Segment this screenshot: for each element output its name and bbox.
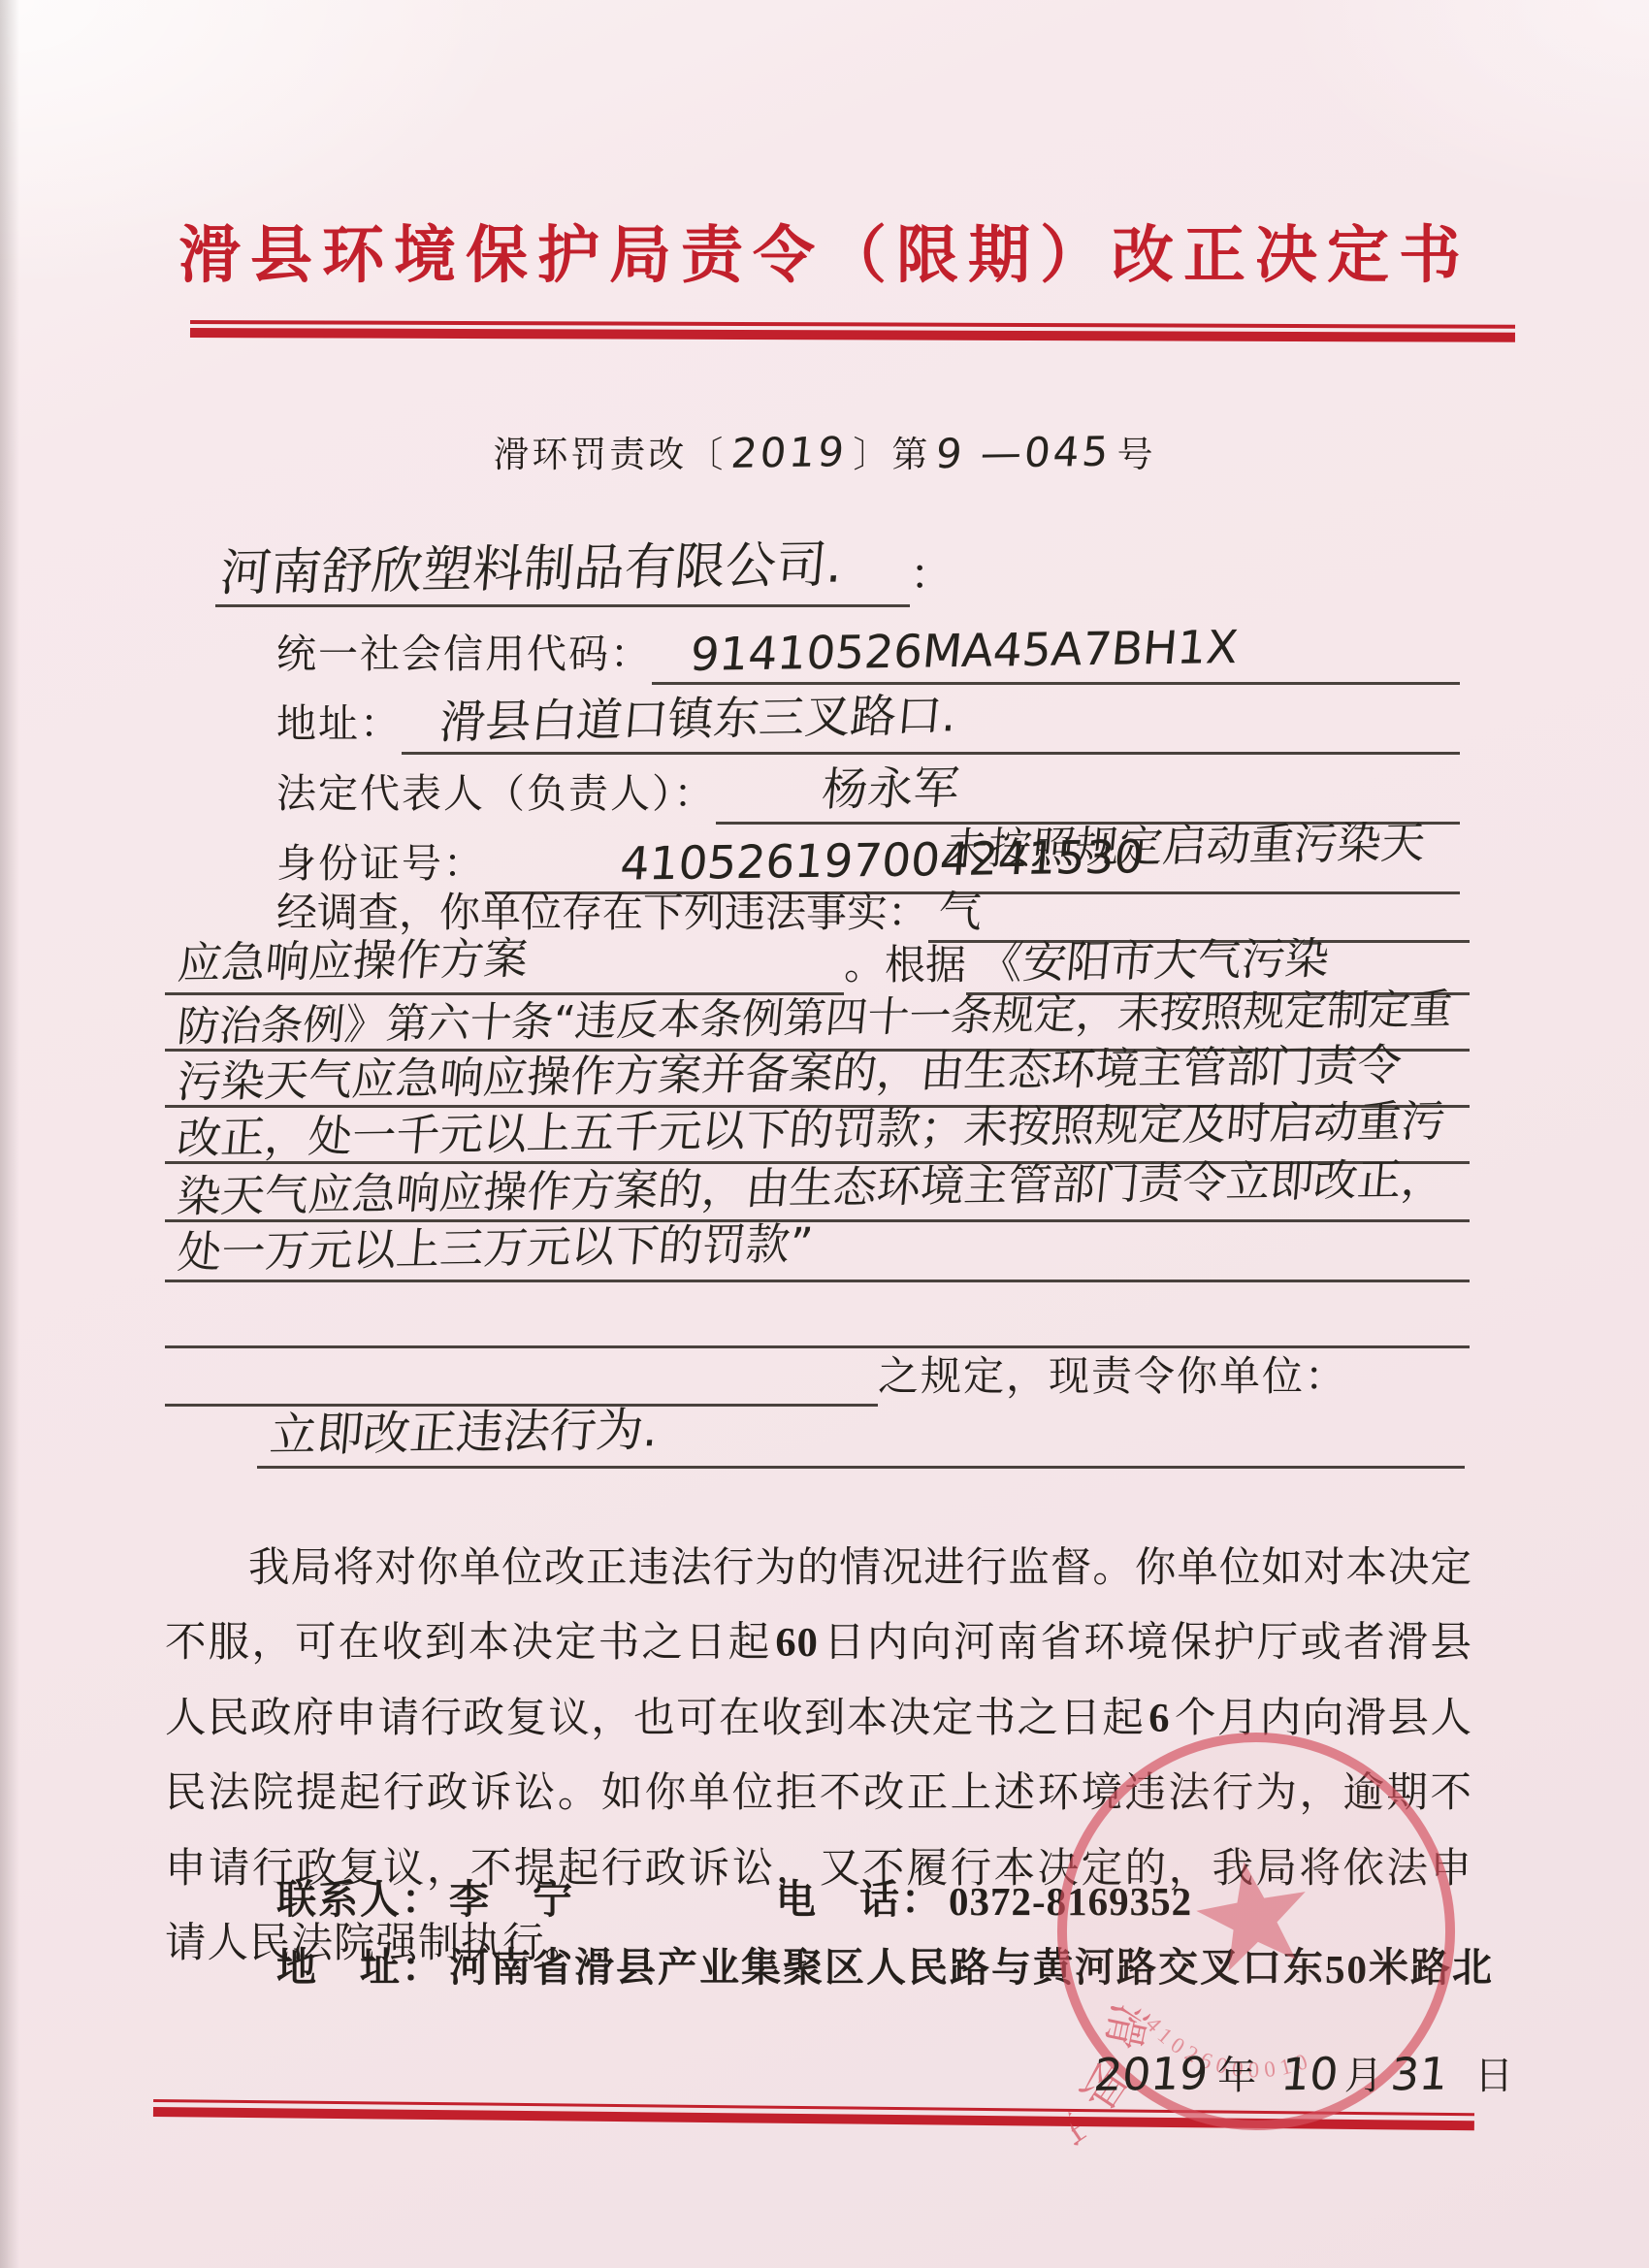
date-year-unit: 年 (1217, 2045, 1256, 2100)
blank-underline (165, 1294, 1470, 1348)
order-handwritten: 立即改正违法行为. (253, 1392, 664, 1469)
date-month-unit: 月 (1344, 2045, 1383, 2100)
scanned-decision-document: 滑县环境保护局责令（限期）改正决定书 滑环罚责改〔2019〕第9 —045号 河… (0, 0, 1649, 2268)
facts-handwritten-1: 未按照规定启动重污染天气 (922, 806, 1476, 944)
docnum-hao: 号 (1117, 436, 1156, 475)
credit-code-value-handwritten: 91410526MA45A7BH1X (688, 621, 1240, 682)
recipient-company-handwritten: 河南舒欣塑料制品有限公司. (211, 523, 847, 608)
contact-address-label: 地 址： (276, 1935, 443, 1993)
docnum-open-bracket: 〔 (687, 436, 726, 475)
docnum-di: 第 (891, 436, 930, 475)
scan-edge-shadow (0, 0, 19, 2268)
docnum-close-bracket: 〕 (853, 436, 891, 475)
contact-person-label: 联系人： (276, 1867, 443, 1925)
title-separator (190, 320, 1515, 342)
docnum-year-handwritten: 2019 (724, 428, 856, 477)
contact-person: 李 宁 (449, 1867, 574, 1925)
contact-phone-label: 电 话： (776, 1867, 943, 1925)
supervision-days-60: 60 (771, 1620, 823, 1666)
recipient-line: 河南舒欣塑料制品有限公司. ： (215, 528, 953, 607)
basis-line-6: 处一万元以上三万元以下的罚款” (165, 1224, 1470, 1282)
address-value-handwritten: 滑县白道口镇东三叉路口. (437, 679, 960, 751)
recipient-colon: ： (910, 539, 953, 607)
docnum-number-handwritten: 9 —045 (928, 428, 1119, 478)
date-line: 2019 年 10 月 31 日 (1094, 2045, 1513, 2100)
field-credit-code: 统一社会信用代码： 91410526MA45A7BH1X (276, 613, 1460, 685)
docnum-prefix: 滑环罚责改 (493, 436, 687, 475)
field-address: 地址： 滑县白道口镇东三叉路口. (276, 685, 1460, 755)
address-label: 地址： (276, 692, 402, 755)
order-line: 立即改正违法行为. (257, 1410, 1465, 1469)
document-title: 滑县环境保护局责令（限期）改正决定书 (0, 206, 1649, 295)
document-number-line: 滑环罚责改〔2019〕第9 —045号 (0, 425, 1649, 477)
official-seal: 滑县环境保护局 41026000010 (1006, 1681, 1507, 2183)
basis-handwritten-6: 处一万元以上三万元以下的罚款” (161, 1208, 820, 1283)
date-year-handwritten: 2019 (1091, 2047, 1210, 2101)
date-day-handwritten: 31 (1388, 2048, 1450, 2101)
legal-rep-value-handwritten: 杨永军 (819, 752, 961, 819)
credit-code-label: 统一社会信用代码： (276, 622, 652, 685)
legal-rep-label: 法定代表人（负责人）： (276, 761, 716, 825)
facts-handwritten-2: 应急响应操作方案 (162, 923, 535, 994)
date-day-unit: 日 (1474, 2045, 1513, 2100)
date-month-handwritten: 10 (1279, 2048, 1342, 2101)
